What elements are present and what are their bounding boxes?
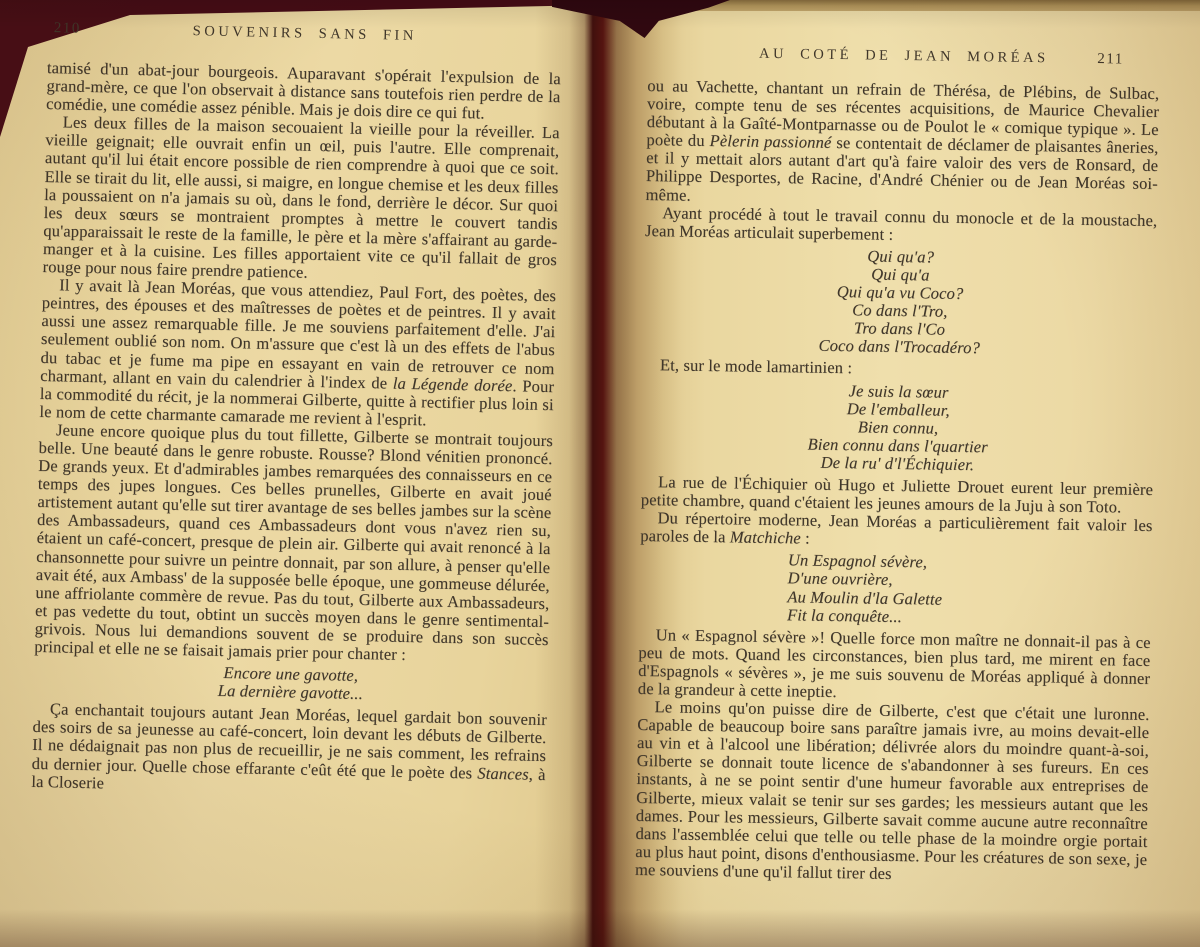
italic-text: Stances (477, 763, 529, 783)
paragraph: Du répertoire moderne, Jean Moréas a par… (640, 509, 1153, 553)
text-run: Les deux filles de la maison secouaient … (42, 113, 559, 282)
verse: Je suis la sœurDe l'emballeur,Bien connu… (641, 378, 1154, 476)
text-run: Le moins qu'on puisse dire de Gilberte, … (635, 697, 1150, 883)
text-run: Du répertoire moderne, Jean Moréas a par… (640, 508, 1153, 546)
right-page-body: ou au Vachette, chantant un refrain de T… (635, 77, 1160, 887)
left-page-number: 210 (54, 20, 81, 38)
paragraph: Ayant procédé à tout le travail connu du… (645, 204, 1158, 248)
page-right-text: AU COTÉ DE JEAN MORÉAS 211 ou au Vachett… (635, 44, 1160, 887)
text-run: : (801, 529, 810, 548)
paragraph: Jeune encore quoique plus du tout fillet… (34, 421, 553, 667)
paragraph: Un « Espagnol sévère »! Quelle force mon… (638, 626, 1151, 706)
text-run: Ayant procédé à tout le travail connu du… (645, 203, 1158, 244)
paragraph: ou au Vachette, chantant un refrain de T… (645, 77, 1159, 212)
paragraph: Et, sur le mode lamartinien : (643, 356, 1155, 382)
paragraph: Il y avait là Jean Moréas, que vous atte… (39, 276, 556, 432)
page-left-text: 210 SOUVENIRS SANS FIN tamisé d'un abat-… (31, 20, 562, 802)
text-run: Jeune encore quoique plus du tout fillet… (34, 420, 553, 664)
text-run: Un « Espagnol sévère »! Quelle force mon… (638, 625, 1151, 701)
text-run: Ça enchantait toujours autant Jean Moréa… (32, 699, 547, 782)
verse: Un Espagnol sévère,D'une ouvrière,Au Mou… (787, 552, 1152, 630)
left-page-body: tamisé d'un abat-jour bourgeois. Auparav… (31, 59, 561, 802)
paragraph: Les deux filles de la maison secouaient … (42, 113, 559, 287)
text-run: Et, sur le mode lamartinien : (660, 356, 852, 378)
book-photo: 210 SOUVENIRS SANS FIN tamisé d'un abat-… (0, 0, 1200, 947)
paragraph: Ça enchantait toujours autant Jean Moréa… (31, 700, 547, 802)
paragraph: Le moins qu'on puisse dire de Gilberte, … (635, 698, 1150, 887)
italic-text: Matchiche (730, 528, 801, 548)
right-page-number: 211 (1097, 51, 1124, 68)
verse: Qui qu'a?Qui qu'aQui qu'a vu Coco?Co dan… (643, 244, 1157, 361)
